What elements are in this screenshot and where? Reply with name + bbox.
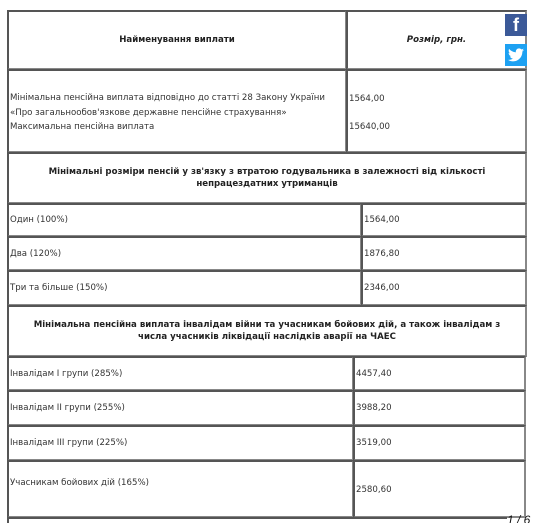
header-name: Найменування виплати — [119, 34, 235, 46]
row-value: 1876,80 — [364, 248, 400, 260]
row-value: 3519,00 — [356, 437, 392, 449]
table-row-value: 3988,20 — [353, 390, 526, 426]
header-amount-cell: Розмір, грн. — [346, 10, 527, 70]
table-row-label: Інвалідам I групи (285%) — [7, 356, 354, 391]
table-row-label: Два (120%) — [7, 236, 362, 271]
row-value: 2580,60 — [356, 484, 392, 496]
table-row-label: Інвалідам II групи (255%) — [7, 390, 354, 426]
table-row-label: Один (100%) — [7, 203, 362, 237]
row-label: Інвалідам III групи (225%) — [10, 437, 127, 449]
general-line-2: «Про загальнообов'язкове державне пенсій… — [10, 106, 325, 121]
survivor-section-title: Мінімальні розміри пенсій у зв'язку з вт… — [7, 152, 527, 204]
next-table-left-edge — [7, 517, 9, 523]
survivor-title-text: Мінімальні розміри пенсій у зв'язку з вт… — [23, 166, 511, 190]
next-table-edge — [7, 517, 507, 519]
table-row-label: Учасникам бойових дій (165%) — [7, 460, 354, 518]
row-label: Три та більше (150%) — [10, 282, 107, 294]
header-name-cell: Найменування виплати — [7, 10, 347, 70]
row-label: Один (100%) — [10, 214, 68, 226]
page-counter: 1 / 6 — [507, 513, 530, 523]
max-pension-value: 15640,00 — [349, 121, 390, 133]
table-row-label: Інвалідам III групи (225%) — [7, 425, 354, 461]
general-line-3: Максимальна пенсійна виплата — [10, 120, 325, 135]
row-value: 3988,20 — [356, 402, 392, 414]
row-value: 1564,00 — [364, 214, 400, 226]
table-row-value: 1876,80 — [361, 236, 527, 271]
facebook-icon: f — [513, 15, 519, 36]
general-label-cell: Мінімальна пенсійна виплата відповідно д… — [7, 69, 347, 153]
table-row-value: 2346,00 — [361, 270, 527, 306]
general-value-cell: 1564,00 15640,00 — [346, 69, 527, 153]
header-amount: Розмір, грн. — [407, 34, 466, 46]
row-label: Учасникам бойових дій (165%) — [10, 477, 149, 489]
facebook-share-button[interactable]: f — [505, 14, 527, 36]
row-value: 2346,00 — [364, 282, 400, 294]
table-row-label: Три та більше (150%) — [7, 270, 362, 306]
twitter-share-button[interactable] — [505, 44, 527, 66]
table-row-value: 4457,40 — [353, 356, 526, 391]
table-row-value: 1564,00 — [361, 203, 527, 237]
row-value: 4457,40 — [356, 368, 392, 380]
min-pension-value: 1564,00 — [349, 93, 385, 105]
table-row-value: 2580,60 — [353, 460, 526, 518]
veterans-section-title: Мінімальна пенсійна виплата інвалідам ві… — [7, 305, 527, 357]
row-label: Два (120%) — [10, 248, 61, 260]
row-label: Інвалідам I групи (285%) — [10, 368, 122, 380]
veterans-title-text: Мінімальна пенсійна виплата інвалідам ві… — [23, 319, 511, 343]
twitter-icon — [508, 48, 524, 62]
general-line-1: Мінімальна пенсійна виплата відповідно д… — [10, 91, 325, 106]
row-label: Інвалідам II групи (255%) — [10, 402, 125, 414]
table-row-value: 3519,00 — [353, 425, 526, 461]
